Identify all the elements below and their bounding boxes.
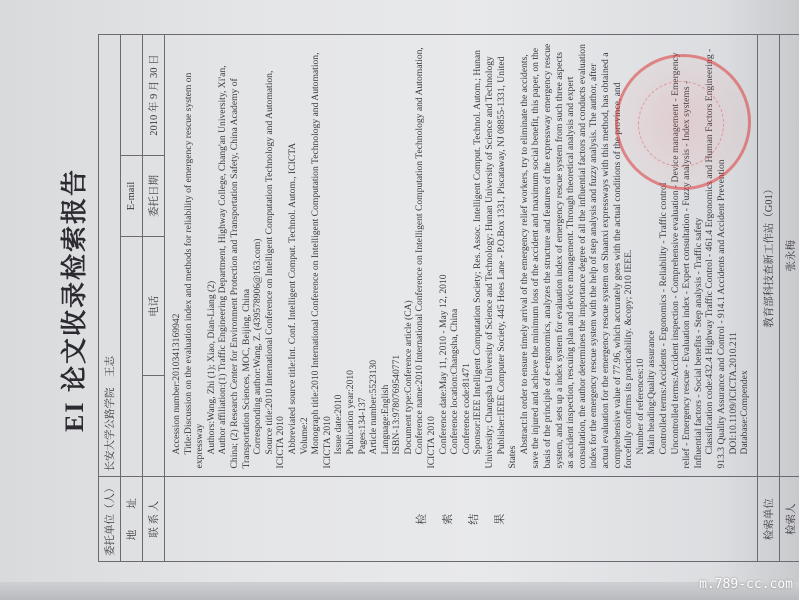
record-field: Volume:2: [299, 43, 311, 469]
record-field: Authors:Wang, Zhi (1); Xiao, Dian-Liang …: [206, 43, 218, 469]
official-seal-stamp: [615, 54, 751, 190]
date-value: 2010 年 9 月 30 日: [143, 35, 165, 156]
record-field: Sponsor:IEEE Intelligent Computation Soc…: [472, 43, 495, 469]
email-value: [121, 35, 143, 156]
results-label: 检 索 结 果: [165, 477, 758, 562]
search-unit-value: 教育部科技查新工作站（G01）: [757, 35, 779, 478]
record-field: Corresponding author:Wang, Z. (439578906…: [252, 43, 264, 469]
client-label: 委托单位（人）: [99, 477, 121, 562]
record-field: Monograph title:2010 International Confe…: [310, 43, 333, 469]
record-field: Conference date:May 11, 2010 - May 12, 2…: [438, 43, 450, 469]
address-label: 地 址: [121, 477, 143, 562]
record-field: Language:English: [380, 43, 392, 469]
record-field: Article number:5523130: [368, 43, 380, 469]
record-field: Publication year:2010: [345, 43, 357, 469]
record-field: Pages:134-137: [357, 43, 369, 469]
searcher-label: 检索人: [779, 477, 799, 562]
searcher-value: 张永梅: [779, 35, 799, 478]
record-field: Author affiliation:(1) Traffic Engineeri…: [217, 43, 252, 469]
record-field: Publisher:IEEE Computer Society, 445 Hoe…: [496, 43, 519, 469]
contact-value: [143, 376, 165, 477]
watermark: m.789-cc.com: [699, 577, 793, 592]
address-value: [121, 237, 143, 478]
record-field: Accession number:20103413169942: [171, 43, 183, 469]
record-field: Issue date:2010: [333, 43, 345, 469]
report-page: EI 论文收录检索报告 委托单位（人） 长安大学公路学院 王志 地 址 E-ma…: [40, 20, 760, 580]
record-field: Conference code:81471: [461, 43, 473, 469]
date-label: 委托日期: [143, 156, 165, 237]
record-field: Source title:2010 International Conferen…: [264, 43, 287, 469]
record-field: Abbreviated source title:Int. Conf. Inte…: [287, 43, 299, 469]
contact-label: 联 系 人: [143, 477, 165, 562]
phone-label: 电话: [143, 237, 165, 377]
record-field: Conference location:Changsha, China: [449, 43, 461, 469]
record-field: Document type:Conference article (CA): [403, 43, 415, 469]
email-label: E-mail: [121, 156, 143, 237]
table-surface-shadow: [0, 582, 799, 600]
search-unit-label: 检索单位: [757, 477, 779, 562]
record-field: Conference name:2010 International Confe…: [414, 43, 437, 469]
record-field: Title:Discussion on the evaluation index…: [183, 43, 206, 469]
record-field: ISBN-13:9780769540771: [391, 43, 403, 469]
report-title: EI 论文收录检索报告: [54, 20, 91, 580]
client-value: 长安大学公路学院 王志: [99, 35, 121, 478]
